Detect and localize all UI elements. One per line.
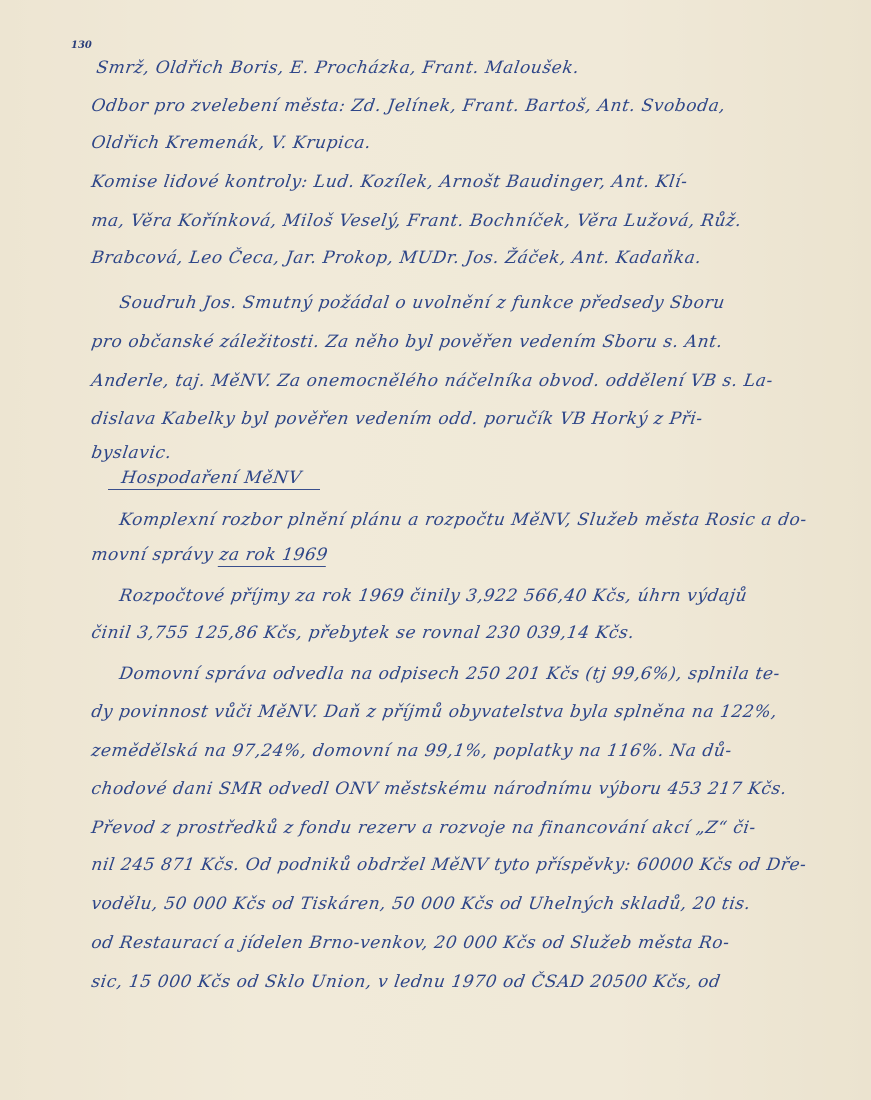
text-line: Komplexní rozbor plnění plánu a rozpočtu…	[118, 510, 808, 530]
text-line: nil 245 871 Kčs. Od podniků obdržel MěNV…	[90, 855, 808, 875]
text-line: chodové dani SMR odvedl ONV městskému ná…	[90, 779, 788, 799]
text-line: dislava Kabelky byl pověřen vedením odd.…	[90, 409, 704, 429]
text-line: vodělu, 50 000 Kčs od Tiskáren, 50 000 K…	[90, 894, 752, 914]
text-line: dy povinnost vůči MěNV. Daň z příjmů oby…	[90, 702, 779, 722]
text-line: pro občanské záležitosti. Za něho byl po…	[90, 332, 724, 352]
text-line: sic, 15 000 Kčs od Sklo Union, v lednu 1…	[90, 972, 722, 992]
heading-underline	[108, 489, 320, 490]
text-line: ma, Věra Kořínková, Miloš Veselý, Frant.…	[90, 211, 743, 231]
text-line: Odbor pro zvelebení města: Zd. Jelínek, …	[90, 96, 727, 116]
text-line: Oldřich Kremenák, V. Krupica.	[90, 133, 372, 153]
text-line: Domovní správa odvedla na odpisech 250 2…	[118, 664, 781, 684]
text-line: činil 3,755 125,86 Kčs, přebytek se rovn…	[90, 623, 636, 643]
text-line: zemědělská na 97,24%, domovní na 99,1%, …	[90, 741, 733, 761]
text-line: Převod z prostředků z fondu rezerv a roz…	[90, 818, 757, 838]
text-line: Komise lidové kontroly: Lud. Kozílek, Ar…	[90, 172, 689, 192]
text-line: byslavic.	[90, 443, 173, 463]
text-line: movní správy za rok 1969	[90, 545, 329, 565]
text-line: Soudruh Jos. Smutný požádal o uvolnění z…	[118, 293, 726, 313]
document-page: 130 Smrž, Oldřich Boris, E. Procházka, F…	[0, 0, 871, 1100]
section-heading: Hospodaření MěNV	[120, 468, 303, 488]
text-segment: movní správy	[90, 545, 221, 565]
underlined-year: za rok 1969	[218, 545, 330, 567]
text-line: Rozpočtové příjmy za rok 1969 činily 3,9…	[118, 586, 749, 606]
text-line: Brabcová, Leo Čeca, Jar. Prokop, MUDr. J…	[90, 248, 703, 268]
text-line: Smrž, Oldřich Boris, E. Procházka, Frant…	[95, 58, 581, 78]
text-line: Anderle, taj. MěNV. Za onemocnělého náče…	[90, 371, 774, 391]
text-line: od Restaurací a jídelen Brno-venkov, 20 …	[90, 933, 731, 953]
page-number: 130	[71, 40, 92, 51]
